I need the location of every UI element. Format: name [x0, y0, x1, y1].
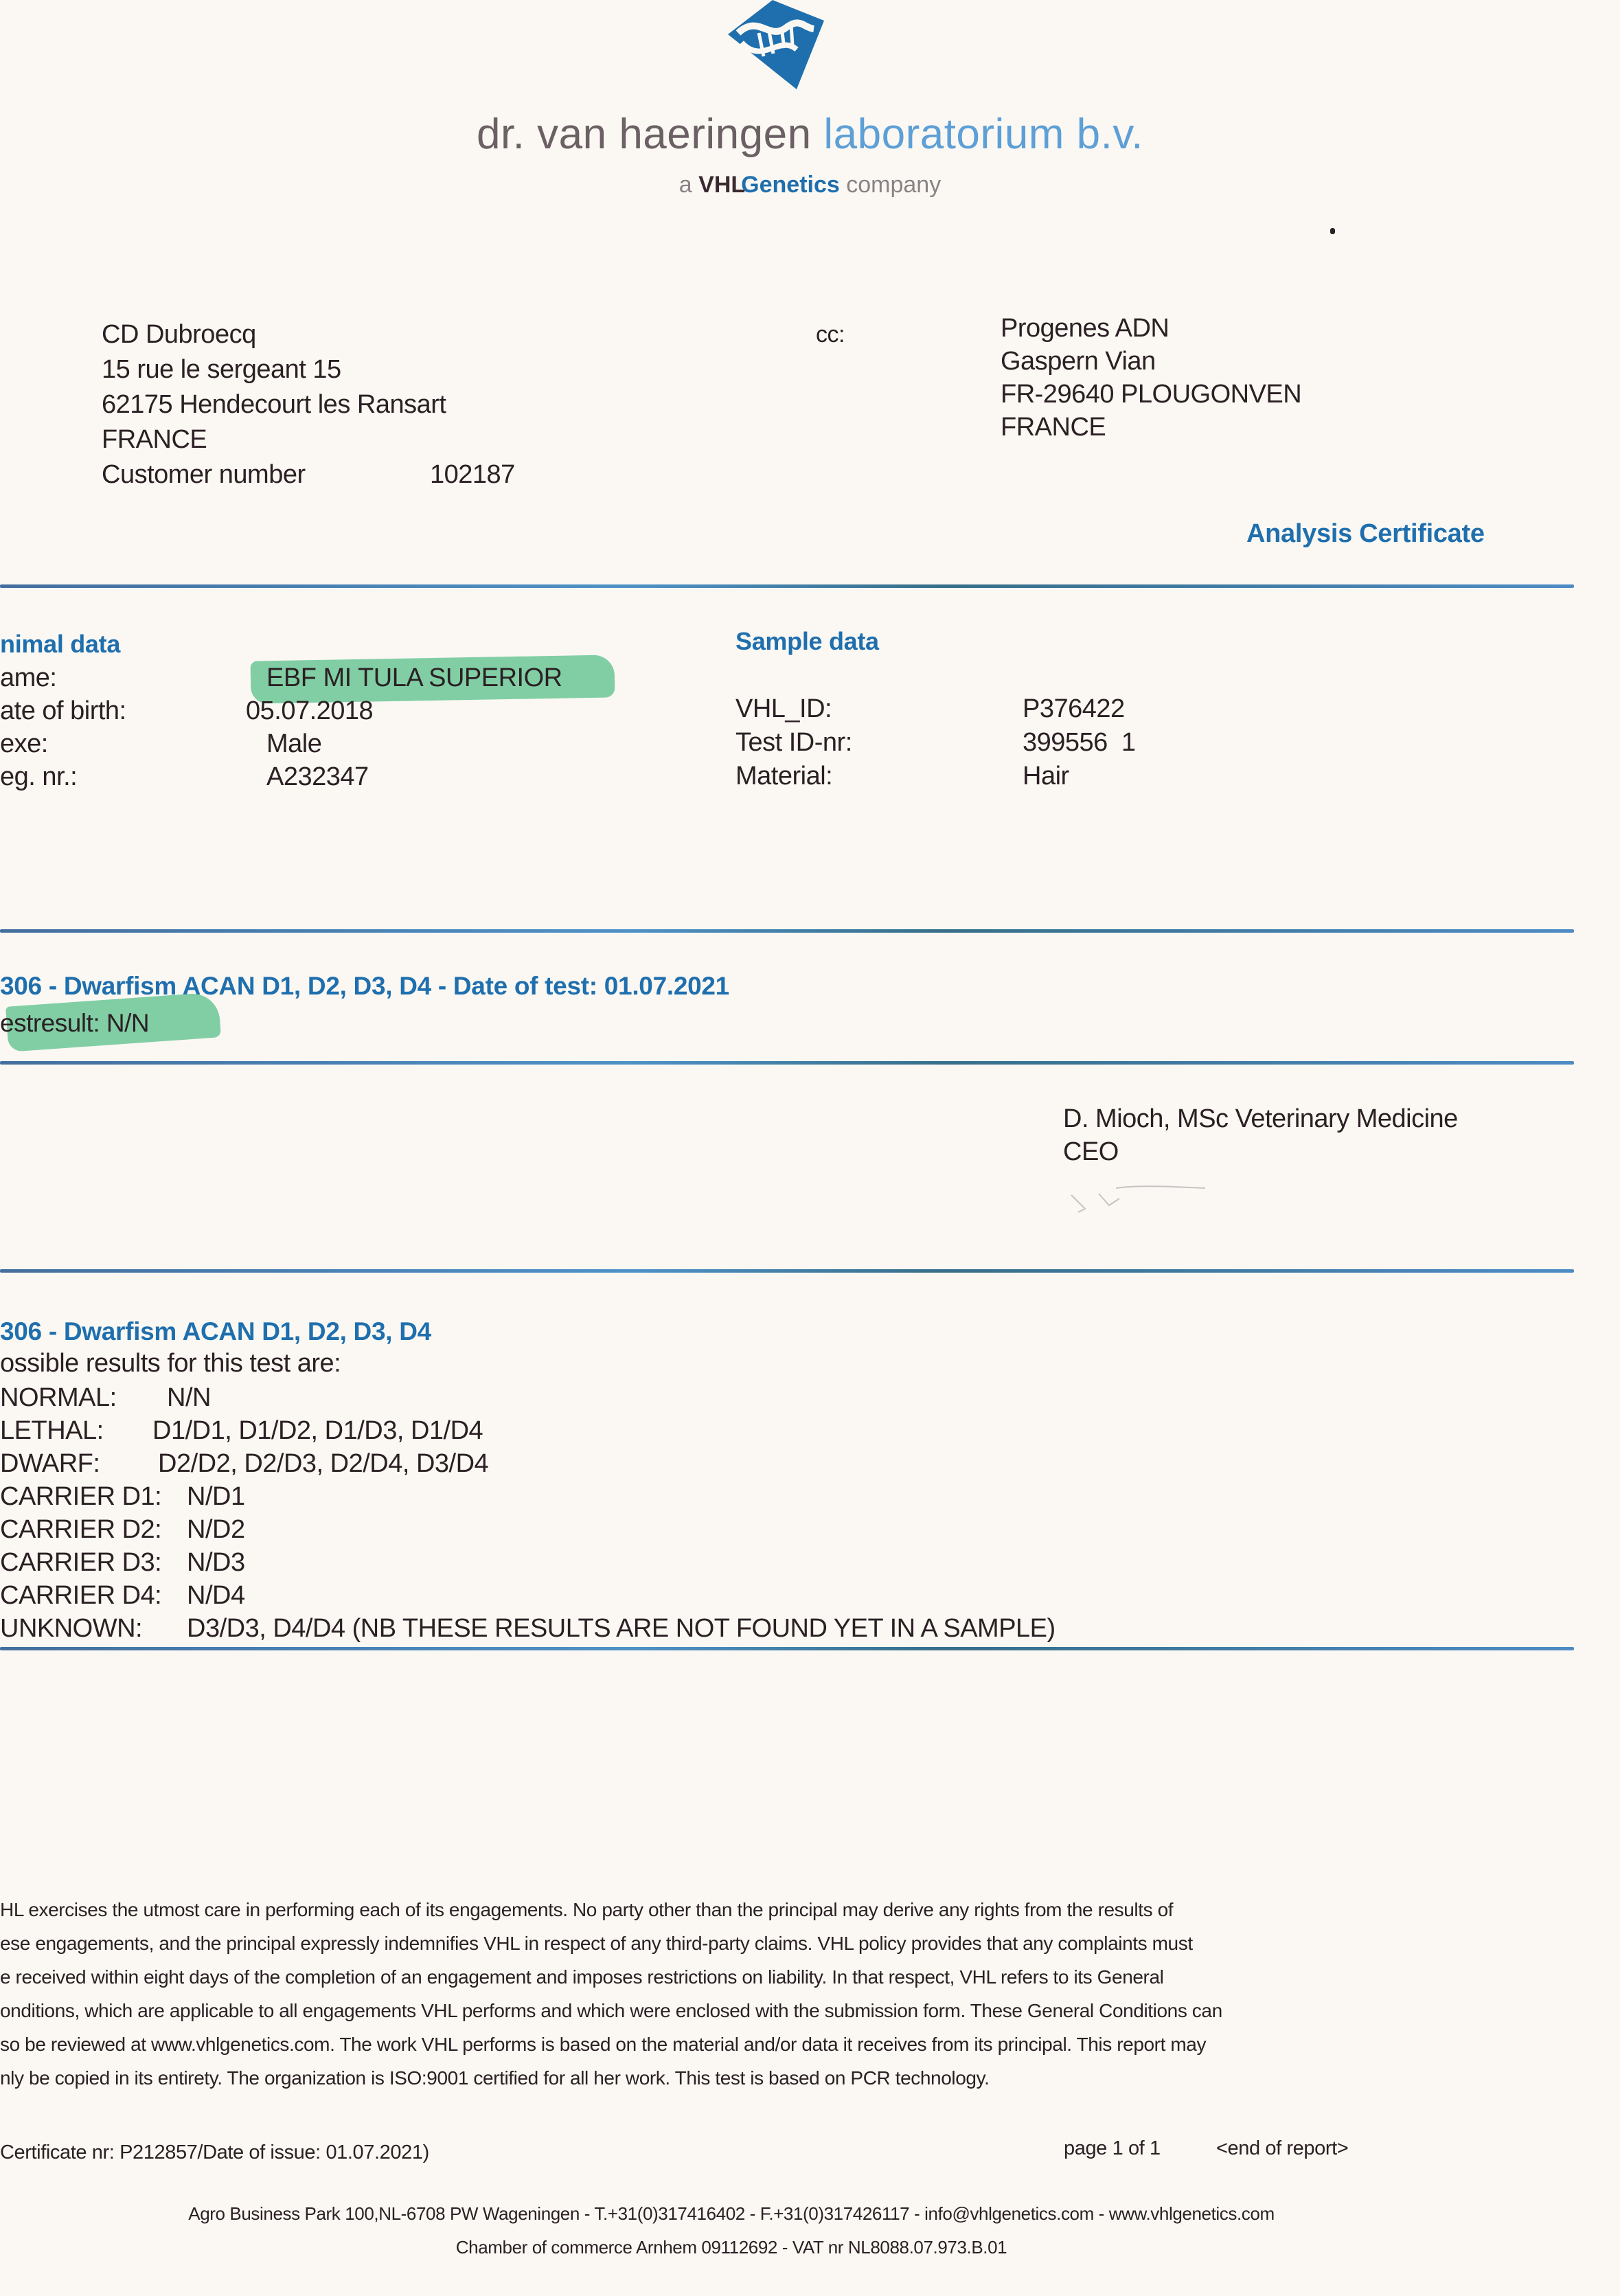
explanation-title: 306 - Dwarfism ACAN D1, D2, D3, D4 — [0, 1317, 431, 1346]
cc-line: FR-29640 PLOUGONVEN — [1001, 378, 1301, 411]
animal-field-row: ate of birth: 05.07.2018 — [0, 694, 562, 727]
recipient-line: FRANCE — [102, 422, 515, 457]
legal-line: e received within eight days of the comp… — [0, 1960, 1222, 1994]
page-indicator: page 1 of 1 — [1064, 2132, 1161, 2166]
sample-field-row: VHL_ID: P376422 — [735, 692, 1136, 725]
legal-disclaimer: HL exercises the utmost care in performi… — [0, 1893, 1222, 2095]
tagline-genetics: Genetics — [741, 172, 840, 198]
field-label: Material: — [735, 759, 1023, 793]
result-value: D2/D2, D2/D3, D2/D4, D3/D4 — [158, 1446, 488, 1479]
field-value: 05.07.2018 — [246, 694, 373, 727]
field-label: ate of birth: — [0, 694, 246, 727]
sample-field-row: Test ID-nr: 399556 1 — [735, 725, 1136, 759]
field-label: ame: — [0, 661, 266, 694]
legal-line: nly be copied in its entirety. The organ… — [0, 2061, 1222, 2095]
certificate-info: Certificate nr: P212857/Date of issue: 0… — [0, 2136, 429, 2170]
legal-line: ese engagements, and the principal expre… — [0, 1926, 1222, 1960]
field-value: Male — [266, 727, 321, 760]
sample-data-heading: Sample data — [735, 627, 879, 656]
field-value: EBF MI TULA SUPERIOR — [266, 661, 562, 694]
result-row: NORMAL:N/N — [0, 1380, 1056, 1413]
field-label: eg. nr.: — [0, 760, 266, 793]
possible-results-list: NORMAL:N/N LETHAL:D1/D1, D1/D2, D1/D3, D… — [0, 1380, 1056, 1644]
divider — [0, 1647, 1574, 1650]
field-label: Test ID-nr: — [735, 725, 1023, 759]
dna-helix-diamond-icon — [721, 0, 831, 89]
test-title: 306 - Dwarfism ACAN D1, D2, D3, D4 - Dat… — [0, 972, 729, 1001]
tagline-suffix: company — [846, 172, 941, 198]
field-value: 399556 1 — [1023, 725, 1136, 759]
result-label: CARRIER D4: — [0, 1578, 187, 1611]
result-label: DWARF: — [0, 1446, 158, 1479]
company-tagline: a VHLGenetics company — [0, 172, 1620, 198]
recipient-line: 62175 Hendecourt les Ransart — [102, 387, 515, 422]
signatory-role: CEO — [1063, 1135, 1119, 1169]
result-value: N/D1 — [187, 1479, 245, 1512]
recipient-line: 15 rue le sergeant 15 — [102, 352, 515, 387]
result-value: N/D2 — [187, 1512, 245, 1545]
footer-address: Agro Business Park 100,NL-6708 PW Wageni… — [0, 2203, 1463, 2225]
footer-registration: Chamber of commerce Arnhem 09112692 - VA… — [0, 2237, 1463, 2258]
legal-line: so be reviewed at www.vhlgenetics.com. T… — [0, 2027, 1222, 2061]
scan-speck — [1330, 228, 1335, 234]
animal-field-row: eg. nr.: A232347 — [0, 760, 562, 793]
divider — [0, 1269, 1574, 1273]
divider — [0, 584, 1574, 588]
field-value: P376422 — [1023, 692, 1125, 725]
result-row: CARRIER D3:N/D3 — [0, 1545, 1056, 1578]
tagline-vhl: VHL — [698, 172, 745, 198]
result-value: D1/D1, D1/D2, D1/D3, D1/D4 — [152, 1413, 483, 1446]
result-row: DWARF:D2/D2, D2/D3, D2/D4, D3/D4 — [0, 1446, 1056, 1479]
result-row: CARRIER D4:N/D4 — [0, 1578, 1056, 1611]
cc-line: FRANCE — [1001, 411, 1301, 444]
explanation-intro: ossible results for this test are: — [0, 1346, 341, 1380]
company-name: dr. van haeringen laboratorium b.v. — [0, 110, 1620, 159]
legal-line: onditions, which are applicable to all e… — [0, 1994, 1222, 2027]
cc-line: Progenes ADN — [1001, 312, 1301, 345]
result-label: CARRIER D1: — [0, 1479, 187, 1512]
customer-number-value: 102187 — [430, 457, 515, 492]
signature-scribble — [1068, 1181, 1219, 1233]
signatory-name: D. Mioch, MSc Veterinary Medicine — [1063, 1102, 1458, 1136]
test-result: estresult: N/N — [0, 1006, 149, 1041]
field-label: VHL_ID: — [735, 692, 1023, 725]
customer-number-label: Customer number — [102, 457, 430, 492]
divider — [0, 1061, 1574, 1065]
animal-data-heading: nimal data — [0, 630, 120, 659]
result-value: D3/D3, D4/D4 (NB THESE RESULTS ARE NOT F… — [187, 1611, 1056, 1644]
cc-label: cc: — [816, 317, 845, 352]
result-value: N/D3 — [187, 1545, 245, 1578]
animal-field-row: ame: EBF MI TULA SUPERIOR — [0, 661, 562, 694]
tagline-prefix: a — [679, 172, 692, 198]
result-label: CARRIER D3: — [0, 1545, 187, 1578]
sample-field-row: Material: Hair — [735, 759, 1136, 793]
field-label: exe: — [0, 727, 266, 760]
animal-data-table: ame: EBF MI TULA SUPERIOR ate of birth: … — [0, 661, 562, 793]
legal-line: HL exercises the utmost care in performi… — [0, 1893, 1222, 1926]
result-label: LETHAL: — [0, 1413, 152, 1446]
end-of-report: <end of report> — [1216, 2132, 1348, 2166]
result-label: NORMAL: — [0, 1380, 167, 1413]
field-value: Hair — [1023, 759, 1069, 793]
result-row: UNKNOWN:D3/D3, D4/D4 (NB THESE RESULTS A… — [0, 1611, 1056, 1644]
document-title: Analysis Certificate — [1246, 519, 1485, 549]
field-value: A232347 — [266, 760, 369, 793]
company-name-light: laboratorium b.v. — [823, 111, 1143, 158]
company-name-dark: dr. van haeringen — [477, 111, 812, 158]
divider — [0, 929, 1574, 933]
customer-number-row: Customer number 102187 — [102, 457, 515, 492]
result-value: N/D4 — [187, 1578, 245, 1611]
recipient-line: CD Dubroecq — [102, 317, 515, 352]
sample-data-table: VHL_ID: P376422 Test ID-nr: 399556 1 Mat… — [735, 692, 1136, 793]
recipient-address: CD Dubroecq 15 rue le sergeant 15 62175 … — [102, 317, 515, 492]
cc-address: Progenes ADN Gaspern Vian FR-29640 PLOUG… — [1001, 312, 1301, 444]
animal-field-row: exe: Male — [0, 727, 562, 760]
result-row: LETHAL:D1/D1, D1/D2, D1/D3, D1/D4 — [0, 1413, 1056, 1446]
result-label: CARRIER D2: — [0, 1512, 187, 1545]
result-label: UNKNOWN: — [0, 1611, 187, 1644]
result-row: CARRIER D2:N/D2 — [0, 1512, 1056, 1545]
cc-line: Gaspern Vian — [1001, 345, 1301, 378]
result-row: CARRIER D1:N/D1 — [0, 1479, 1056, 1512]
result-value: N/N — [167, 1380, 211, 1413]
